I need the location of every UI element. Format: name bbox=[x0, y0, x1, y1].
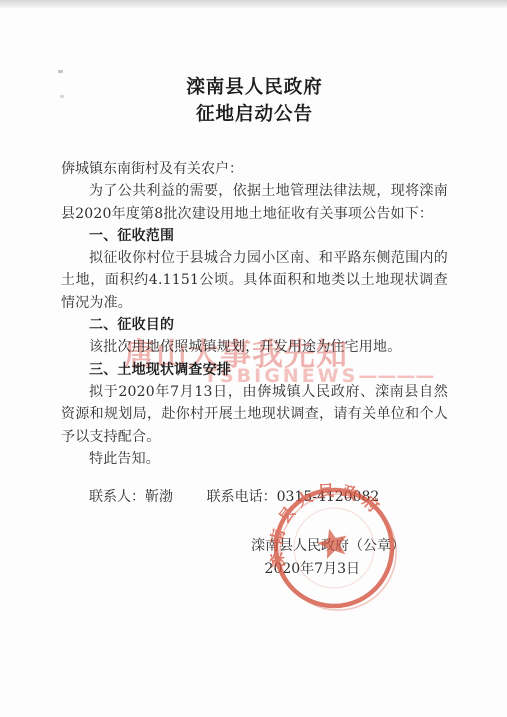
section-3-heading: 三、土地现状调查安排 bbox=[61, 359, 448, 381]
section-2-body: 该批次用地依照城镇规划，开发用途为住宅用地。 bbox=[61, 336, 448, 358]
title-line-2: 征地启动公告 bbox=[61, 101, 448, 128]
intro-paragraph: 为了公共利益的需要，依据土地管理法律法规，现将滦南县2020年度第8批次建设用地… bbox=[61, 180, 448, 225]
contact-person-name: 靳渤 bbox=[145, 489, 173, 505]
official-seal: 滦南县人民政府 bbox=[264, 478, 404, 618]
seal-arc-text: 滦南县人民政府 bbox=[264, 478, 396, 571]
addressee-line: 倴城镇东南街村及有关农户： bbox=[61, 158, 448, 180]
seal-star bbox=[314, 525, 350, 560]
announcement-document: 唐山大事我先知 TSBIGNEWS———— 滦南县人民政府 征地启动公告 倴城镇… bbox=[0, 0, 507, 717]
section-1-body: 拟征收你村位于县城合力园小区南、和平路东侧范围内的土地，面积约4.1151公顷。… bbox=[61, 247, 448, 314]
scan-edge-shadow bbox=[0, 0, 507, 8]
contact-person-label: 联系人： bbox=[89, 489, 145, 505]
section-3-body: 拟于2020年7月13日，由倴城镇人民政府、滦南县自然资源和规划局，赴你村开展土… bbox=[61, 381, 448, 448]
scan-speck bbox=[58, 70, 63, 73]
svg-text:滦南县人民政府: 滦南县人民政府 bbox=[264, 478, 396, 571]
title-line-1: 滦南县人民政府 bbox=[61, 74, 448, 101]
closing-line: 特此告知。 bbox=[61, 448, 448, 470]
section-1-heading: 一、征收范围 bbox=[61, 225, 448, 247]
section-2-heading: 二、征收目的 bbox=[61, 314, 448, 336]
